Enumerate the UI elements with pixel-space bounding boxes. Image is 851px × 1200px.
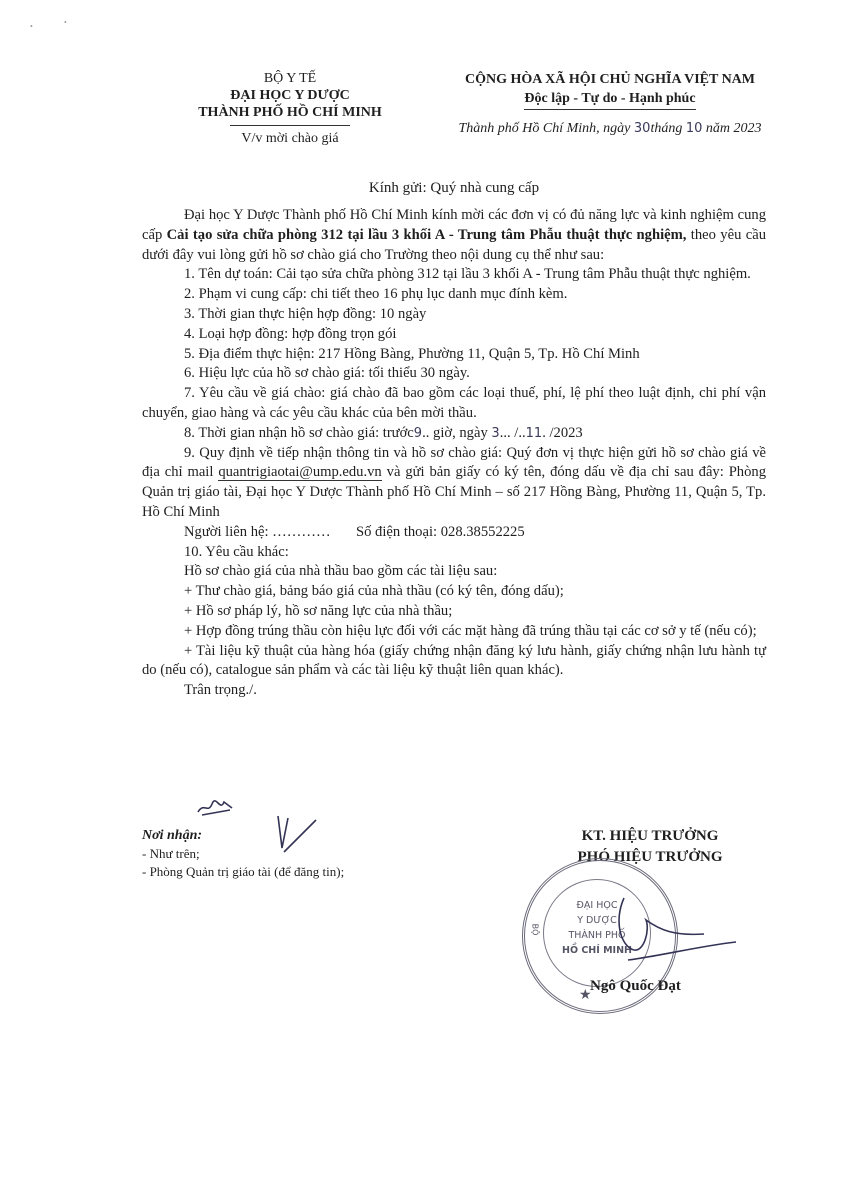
initial-scribble-icon	[196, 796, 236, 818]
date-year: năm 2023	[702, 121, 761, 136]
date-month-handwritten: 10	[686, 121, 703, 136]
document-subject: V/v mời chào giá	[150, 130, 430, 147]
required-doc-2: + Hồ sơ pháp lý, hồ sơ năng lực của nhà …	[142, 602, 766, 622]
item-10-lead: Hồ sơ chào giá của nhà thầu bao gồm các …	[142, 562, 766, 582]
scan-dot: •	[30, 22, 33, 31]
item-4: 4. Loại hợp đồng: hợp đồng trọn gói	[142, 325, 766, 345]
item-9: 9. Quy định về tiếp nhận thông tin và hồ…	[142, 444, 766, 523]
item-10-title: 10. Yêu cầu khác:	[142, 543, 766, 563]
deadline-month-handwritten: 11	[526, 426, 543, 441]
national-header: CỘNG HÒA XÃ HỘI CHỦ NGHĨA VIỆT NAM Độc l…	[400, 70, 820, 138]
required-doc-4: + Tài liệu kỹ thuật của hàng hóa (giấy c…	[142, 642, 766, 682]
university-name-line1: ĐẠI HỌC Y DƯỢC	[150, 87, 430, 104]
date-prefix: Thành phố Hồ Chí Minh, ngày	[459, 121, 634, 136]
deadline-hour-handwritten: 9	[414, 426, 422, 441]
recipient-item: - Phòng Quản trị giáo tài (để đăng tin);	[142, 863, 344, 881]
date-month-label: tháng	[650, 121, 685, 136]
signature-title-1: KT. HIỆU TRƯỞNG	[520, 826, 780, 847]
contact-person: Người liên hệ: …………	[184, 523, 356, 543]
email-link[interactable]: quantrigiaotai@ump.edu.vn	[218, 464, 381, 481]
item-2: 2. Phạm vi cung cấp: chi tiết theo 16 ph…	[142, 285, 766, 305]
item8-mid: .. giờ, ngày	[422, 425, 491, 441]
item-1: 1. Tên dự toán: Cải tạo sửa chữa phòng 3…	[142, 265, 766, 285]
ministry-name: BỘ Y TẾ	[150, 70, 430, 87]
university-name-line2: THÀNH PHỐ HỒ CHÍ MINH	[150, 104, 430, 121]
header-divider	[230, 125, 350, 126]
item-8: 8. Thời gian nhận hồ sơ chào giá: trước9…	[142, 424, 766, 444]
salutation: Kính gửi: Quý nhà cung cấp	[142, 180, 766, 197]
recipients-block: Nơi nhận: - Như trên; - Phòng Quản trị g…	[142, 827, 344, 881]
letter-body: Đại học Y Dược Thành phố Hồ Chí Minh kín…	[142, 206, 766, 701]
deadline-day-handwritten: 3	[491, 426, 499, 441]
item-3: 3. Thời gian thực hiện hợp đồng: 10 ngày	[142, 305, 766, 325]
intro-paragraph: Đại học Y Dược Thành phố Hồ Chí Minh kín…	[142, 206, 766, 265]
item-5: 5. Địa điểm thực hiện: 217 Hồng Bàng, Ph…	[142, 345, 766, 365]
document-date: Thành phố Hồ Chí Minh, ngày 30tháng 10 n…	[400, 119, 820, 138]
required-doc-1: + Thư chào giá, bảng báo giá của nhà thầ…	[142, 582, 766, 602]
item8-text: 8. Thời gian nhận hồ sơ chào giá: trước	[184, 425, 414, 441]
handwritten-signature-icon	[610, 890, 740, 970]
project-name: Cải tạo sửa chữa phòng 312 tại lầu 3 khố…	[167, 227, 687, 243]
contact-line: Người liên hệ: …………Số điện thoại: 028.38…	[142, 523, 766, 543]
recipients-title: Nơi nhận:	[142, 827, 344, 845]
signature-title-2: PHÓ HIỆU TRƯỞNG	[520, 847, 780, 868]
stamp-side-text: BỘ	[530, 924, 539, 936]
item8-sep: ... /..	[500, 425, 526, 441]
signature-block: KT. HIỆU TRƯỞNG PHÓ HIỆU TRƯỞNG	[520, 826, 780, 868]
date-day-handwritten: 30	[634, 121, 651, 136]
recipient-item: - Như trên;	[142, 845, 344, 863]
contact-phone: Số điện thoại: 028.38552225	[356, 524, 525, 540]
nation-title: CỘNG HÒA XÃ HỘI CHỦ NGHĨA VIỆT NAM	[400, 70, 820, 89]
issuer-header: BỘ Y TẾ ĐẠI HỌC Y DƯỢC THÀNH PHỐ HỒ CHÍ …	[150, 70, 430, 147]
signer-name: Ngô Quốc Đạt	[590, 978, 681, 995]
scan-dot: •	[64, 18, 67, 27]
closing: Trân trọng./.	[142, 681, 766, 701]
item8-year: . /2023	[542, 425, 583, 441]
item-6: 6. Hiệu lực của hồ sơ chào giá: tối thiể…	[142, 364, 766, 384]
national-motto: Độc lập - Tự do - Hạnh phúc	[524, 89, 695, 110]
required-doc-3: + Hợp đồng trúng thầu còn hiệu lực đối v…	[142, 622, 766, 642]
item-7: 7. Yêu cầu về giá chào: giá chào đã bao …	[142, 384, 766, 424]
